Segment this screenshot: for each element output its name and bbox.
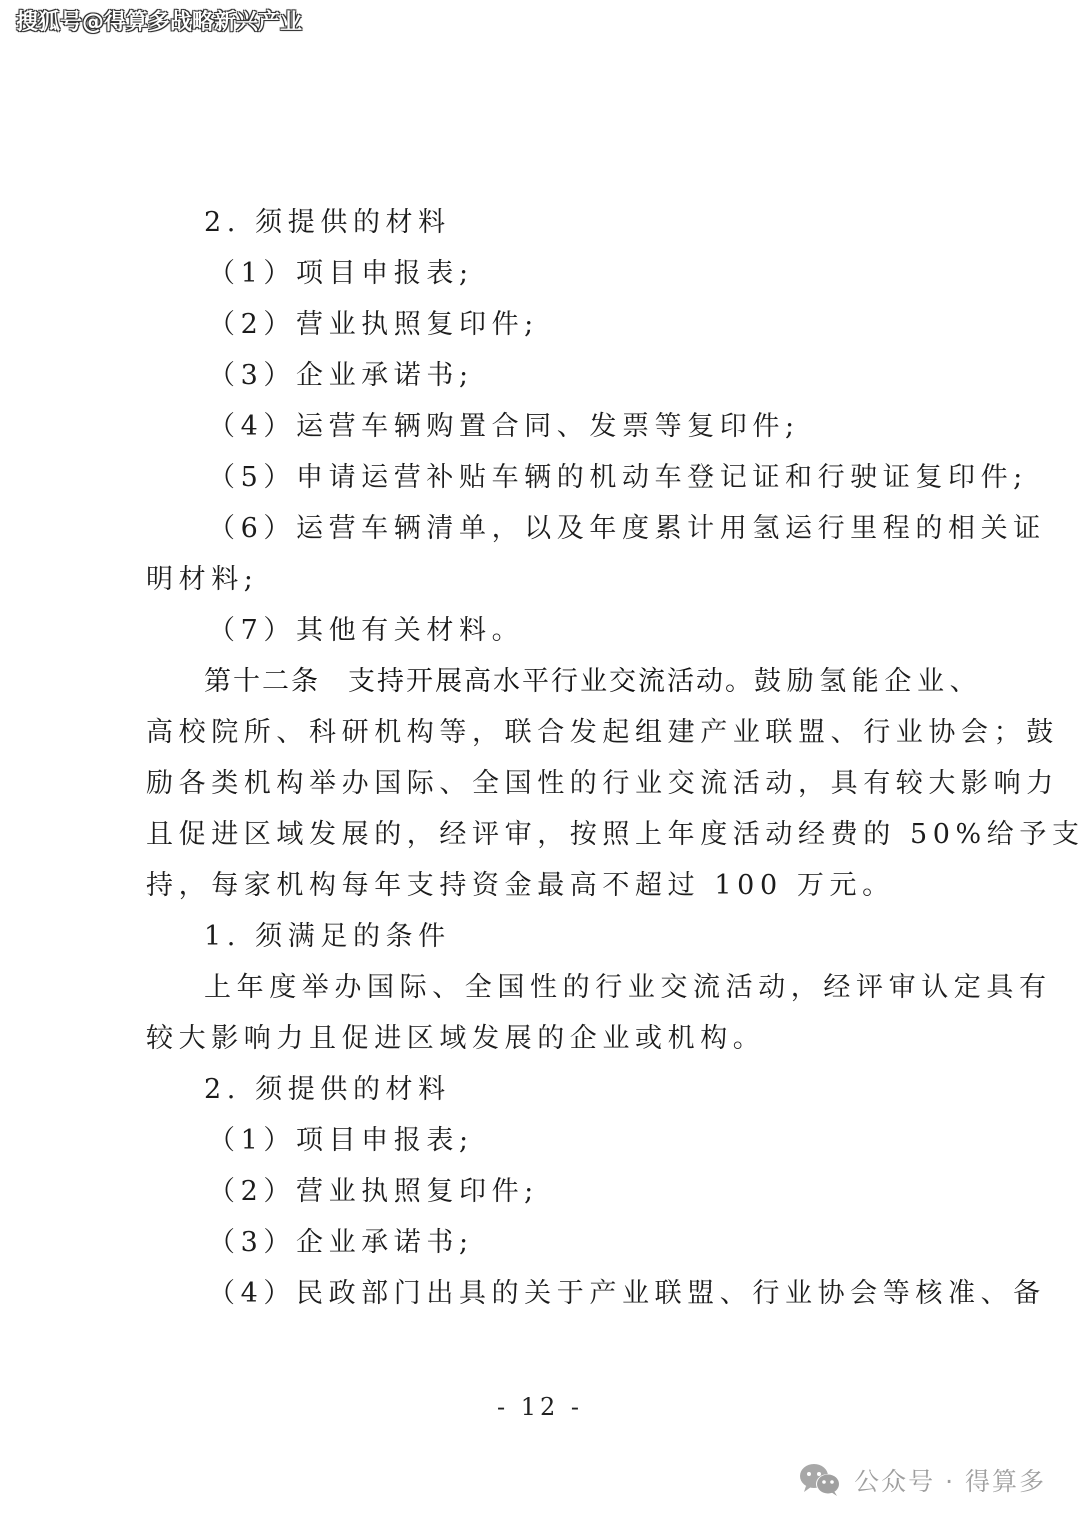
list-item: （6）运营车辆清单，以及年度累计用氢运行里程的相关证 (146, 503, 946, 554)
article-body-line: 且促进区域发展的，经评审，按照上年度活动经费的 50%给予支 (146, 809, 946, 860)
article-body-line: 高校院所、科研机构等，联合发起组建产业联盟、行业协会；鼓 (146, 707, 946, 758)
materials-heading: 2. 须提供的材料 (146, 1064, 946, 1115)
article-body-start: 鼓励氢能企业、 (754, 666, 982, 697)
conditions-heading: 1. 须满足的条件 (146, 911, 946, 962)
list-item: （4）运营车辆购置合同、发票等复印件; (146, 401, 946, 452)
article-body-line: 励各类机构举办国际、全国性的行业交流活动，具有较大影响力 (146, 758, 946, 809)
article-12-first-line: 第十二条支持开展高水平行业交流活动。鼓励氢能企业、 (146, 656, 946, 707)
conditions-line: 较大影响力且促进区域发展的企业或机构。 (146, 1013, 946, 1064)
wechat-icon (798, 1462, 842, 1498)
source-watermark: 搜狐号@得算多战略新兴产业 (16, 8, 302, 38)
list-item: （2）营业执照复印件; (146, 1166, 946, 1217)
article-body-line: 持，每家机构每年支持资金最高不超过 100 万元。 (146, 860, 946, 911)
footer-watermark-text: 公众号 · 得算多 (854, 1462, 1046, 1498)
conditions-line: 上年度举办国际、全国性的行业交流活动，经评审认定具有 (146, 962, 946, 1013)
list-item-continuation: 明材料; (146, 554, 946, 605)
list-item: （3）企业承诺书; (146, 350, 946, 401)
footer-watermark: 公众号 · 得算多 (798, 1462, 1046, 1498)
list-item: （7）其他有关材料。 (146, 605, 946, 656)
page-number: - 12 - (0, 1393, 1080, 1421)
list-item: （4）民政部门出具的关于产业联盟、行业协会等核准、备 (146, 1268, 946, 1319)
document-body: 2. 须提供的材料 （1）项目申报表; （2）营业执照复印件; （3）企业承诺书… (146, 197, 946, 1319)
article-title: 支持开展高水平行业交流活动。 (348, 666, 754, 697)
list-item: （5）申请运营补贴车辆的机动车登记证和行驶证复印件; (146, 452, 946, 503)
materials-heading: 2. 须提供的材料 (146, 197, 946, 248)
article-number: 第十二条 (204, 666, 320, 697)
list-item: （1）项目申报表; (146, 248, 946, 299)
list-item: （1）项目申报表; (146, 1115, 946, 1166)
list-item: （3）企业承诺书; (146, 1217, 946, 1268)
list-item: （2）营业执照复印件; (146, 299, 946, 350)
